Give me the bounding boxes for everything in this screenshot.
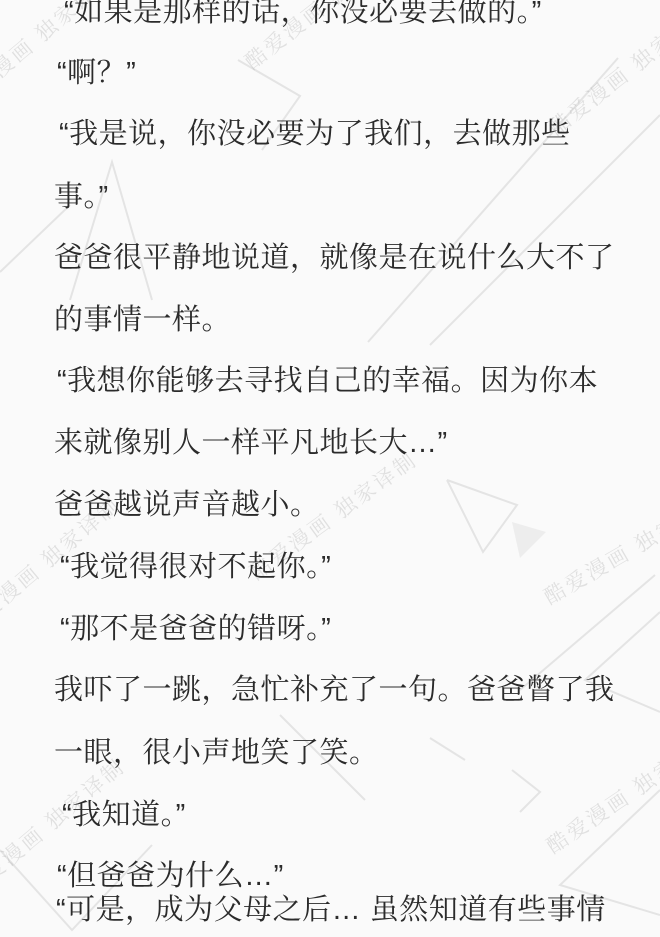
text-line-dialog: “但爸爸为什么…” [57,858,284,894]
text-line-narration: 我吓了一跳，急忙补充了一句。爸爸瞥了我 [54,672,615,708]
text-line-dialog: “我是说，你没必要为了我们，去做那些 [59,116,571,152]
watermark-text: 酷爱漫画 独家译制 [540,723,660,860]
text-line-dialog: “我知道。” [62,797,186,833]
text-line-narration: 一眼，很小声地笑了笑。 [54,735,379,771]
text-line-dialog-cont: 来就像别人一样平凡地长大…” [54,425,448,461]
watermark-plane-icon [447,480,655,690]
text-line-narration: 爸爸越说声音越小。 [54,487,320,523]
text-line-dialog: “我想你能够去寻找自己的幸福。因为你本 [57,363,598,399]
text-line-dialog-cont: 事。” [54,179,109,215]
text-line-dialog: “我觉得很对不起你。” [60,549,331,585]
watermark-plane-icon [238,58,660,345]
novel-text-page: 酷爱漫画 独家译制 酷爱漫画 独家译制 酷爱漫画 独家译制 酷爱漫画 独家译制 … [0,0,660,937]
text-line-dialog: “可是，成为父母之后… 虽然知道有些事情 [56,892,606,928]
text-line-dialog: “啊？” [57,55,136,91]
watermark-check-icon [430,612,660,915]
text-line-narration: 的事情一样。 [54,302,231,338]
text-line-dialog: “如果是那样的话，你没必要去做的。” [64,0,542,30]
text-line-dialog: “那不是爸爸的错呀。” [60,611,331,647]
watermark-text: 酷爱漫画 独家译制 [538,485,660,611]
text-line-narration: 爸爸很平静地说道，就像是在说什么大不了 [54,240,615,276]
